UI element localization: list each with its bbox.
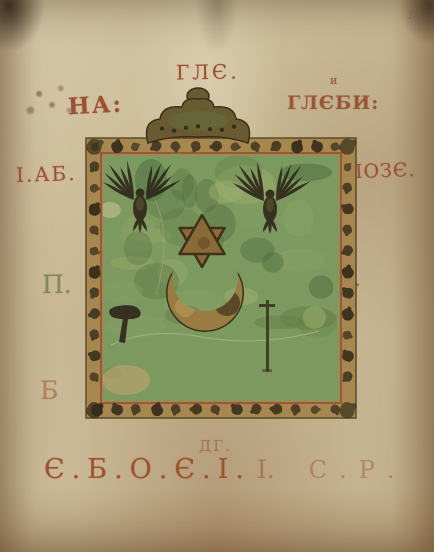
- emblem-shape: [124, 231, 153, 265]
- margin-lower-left: Б: [40, 376, 58, 405]
- emblem-shape: [232, 124, 236, 128]
- worn-patch: [102, 365, 150, 395]
- emblem-shape: [266, 190, 275, 199]
- emblem-shape: [266, 198, 274, 212]
- emblem-shape: [262, 369, 272, 372]
- emblem-shape: [136, 189, 145, 198]
- folio-number: 14: [407, 8, 422, 22]
- emblem-shape: [220, 128, 224, 132]
- heading-top: ГЛЄ.: [176, 59, 240, 84]
- below-panel-inscription: ДГ.: [199, 437, 232, 455]
- emblem-shape: [172, 128, 176, 132]
- manuscript-page: 14 ГЛЄ. НА: и ГЛЄБИ: І.АБ. ІОЗЄ. П. Б. Б…: [0, 0, 434, 552]
- emblem-shape: [266, 300, 269, 372]
- margin-upper-right-superscript: и: [330, 74, 337, 87]
- bottom-inscription-strong: Є.Б.О.Є.І.: [44, 454, 251, 485]
- emblem-shape: [208, 127, 212, 131]
- emblem-shape: [198, 237, 210, 249]
- margin-mid-right: ІОЗЄ.: [355, 159, 416, 183]
- heraldic-panel: [84, 88, 357, 421]
- emblem-shape: [181, 174, 197, 208]
- emblem-shape: [196, 124, 200, 128]
- margin-center-left: П.: [42, 270, 72, 299]
- bottom-inscription-faint: С.Р.: [309, 456, 407, 484]
- emblem-shape: [283, 200, 314, 237]
- crown-figure: [147, 88, 250, 143]
- emblem-shape: [259, 304, 275, 307]
- emblem-shape: [309, 275, 334, 298]
- bottom-inscription-mid: І.: [257, 455, 275, 484]
- emblem-shape: [160, 126, 164, 130]
- emblem-shape: [209, 180, 243, 203]
- emblem-shape: [136, 197, 144, 211]
- emblem-canvas: [86, 95, 356, 418]
- margin-mid-left: І.АБ.: [16, 161, 77, 187]
- emblem-shape: [184, 126, 188, 130]
- emblem-shape: [175, 297, 195, 317]
- emblem-shape: [303, 306, 326, 328]
- emblem-shape: [214, 290, 240, 316]
- emblem-shape: [348, 163, 351, 166]
- emblem-shape: [101, 280, 142, 303]
- emblem-shape: [109, 305, 141, 319]
- emblem-shape: [240, 237, 274, 262]
- crescent-figure: [166, 254, 244, 332]
- bottom-inscription: Є.Б.О.Є.І. І. С.Р.: [44, 454, 406, 485]
